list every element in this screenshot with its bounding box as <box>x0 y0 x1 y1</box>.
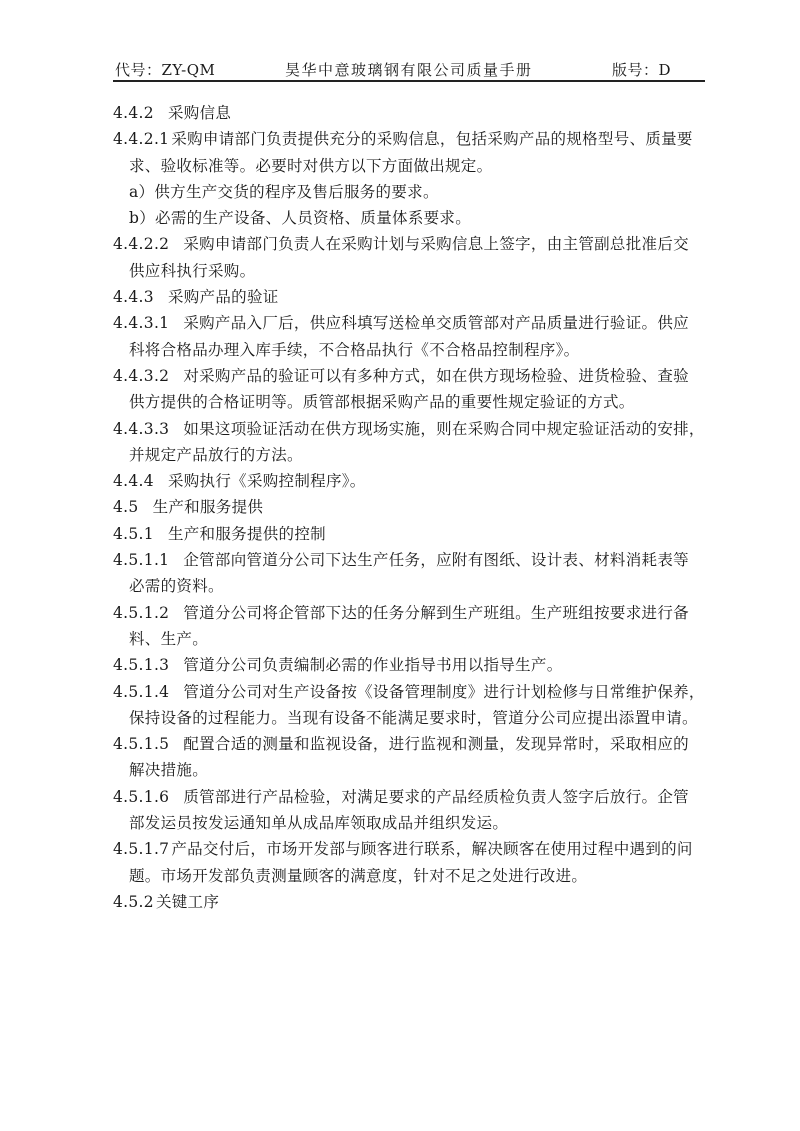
section-text: 如果这项验证活动在供方现场实施，则在采购合同中规定验证活动的安排， <box>183 420 704 438</box>
document-title: 昊华中意玻璃钢有限公司质量手册 <box>285 59 533 80</box>
section-text: 采购产品入厂后，供应科填写送检单交质管部对产品质量进行验证。供应 <box>183 314 689 332</box>
section-text: 供应科执行采购。 <box>129 262 255 280</box>
section-number: 4.5.1.2 <box>113 604 169 622</box>
section-number: 4.4.4 <box>113 472 154 490</box>
section-number: 4.5 <box>113 498 139 516</box>
section-text: 生产和服务提供 <box>153 498 264 516</box>
section-number: 4.5.1 <box>113 525 154 543</box>
section-text: 配置合适的测量和监视设备，进行监视和测量，发现异常时，采取相应的 <box>183 735 689 753</box>
section-line: 4.4.2采购信息 <box>113 100 708 126</box>
section-number: 4.5.1.5 <box>113 735 169 753</box>
section-number: 4.4.3.1 <box>113 314 169 332</box>
section-number: 4.5.1.3 <box>113 656 169 674</box>
section-number: 4.5.1.6 <box>113 788 169 806</box>
section-number: 4.5.2 <box>113 893 154 911</box>
section-text: 生产和服务提供的控制 <box>168 525 326 543</box>
section-text: 企管部向管道分公司下达生产任务，应附有图纸、设计表、材料消耗表等 <box>183 551 689 569</box>
section-text: 部发运员按发运通知单从成品库领取成品并组织发运。 <box>129 814 508 832</box>
continuation-line: 解决措施。 <box>113 757 708 783</box>
section-number: 4.4.3 <box>113 288 154 306</box>
section-text: 供方提供的合格证明等。质管部根据采购产品的重要性规定验证的方式。 <box>129 393 635 411</box>
section-text: 必需的资料。 <box>129 577 224 595</box>
section-text: 管道分公司将企管部下达的任务分解到生产班组。生产班组按要求进行备 <box>183 604 689 622</box>
section-line: 4.4.3采购产品的验证 <box>113 284 708 310</box>
section-line: 4.4.3.1采购产品入厂后，供应科填写送检单交质管部对产品质量进行验证。供应 <box>113 310 708 336</box>
document-code: 代号：ZY-QM <box>115 59 215 80</box>
section-line: 4.5.1.7产品交付后，市场开发部与顾客进行联系，解决顾客在使用过程中遇到的问 <box>113 836 708 862</box>
continuation-line: 供方提供的合格证明等。质管部根据采购产品的重要性规定验证的方式。 <box>113 389 708 415</box>
section-text: 采购产品的验证 <box>168 288 279 306</box>
section-line: 4.5.1生产和服务提供的控制 <box>113 521 708 547</box>
continuation-line: 并规定产品放行的方法。 <box>113 442 708 468</box>
section-number: 4.5.1.7 <box>113 840 169 858</box>
section-line: 4.5.1.6质管部进行产品检验，对满足要求的产品经质检负责人签字后放行。企管 <box>113 784 708 810</box>
section-text: b）必需的生产设备、人员资格、质量体系要求。 <box>129 209 471 227</box>
continuation-line: 料、生产。 <box>113 626 708 652</box>
continuation-line: 科将合格品办理入库手续，不合格品执行《不合格品控制程序》。 <box>113 337 708 363</box>
section-text: 料、生产。 <box>129 630 208 648</box>
continuation-line: b）必需的生产设备、人员资格、质量体系要求。 <box>113 205 708 231</box>
section-text: 采购申请部门负责提供充分的采购信息，包括采购产品的规格型号、质量要 <box>171 130 692 148</box>
continuation-line: 求、验收标准等。必要时对供方以下方面做出规定。 <box>113 153 708 179</box>
continuation-line: 题。市场开发部负责测量顾客的满意度，针对不足之处进行改进。 <box>113 863 708 889</box>
continuation-line: 保持设备的过程能力。当现有设备不能满足要求时，管道分公司应提出添置申请。 <box>113 705 708 731</box>
section-number: 4.4.2.1 <box>113 130 169 148</box>
document-version: 版号：D <box>612 59 671 80</box>
section-text: 题。市场开发部负责测量顾客的满意度，针对不足之处进行改进。 <box>129 867 587 885</box>
continuation-line: a）供方生产交货的程序及售后服务的要求。 <box>113 179 708 205</box>
section-line: 4.5.1.1企管部向管道分公司下达生产任务，应附有图纸、设计表、材料消耗表等 <box>113 547 708 573</box>
continuation-line: 部发运员按发运通知单从成品库领取成品并组织发运。 <box>113 810 708 836</box>
section-line: 4.4.2.1采购申请部门负责提供充分的采购信息，包括采购产品的规格型号、质量要 <box>113 126 708 152</box>
continuation-line: 供应科执行采购。 <box>113 258 708 284</box>
section-line: 4.4.3.3如果这项验证活动在供方现场实施，则在采购合同中规定验证活动的安排， <box>113 416 708 442</box>
section-text: 求、验收标准等。必要时对供方以下方面做出规定。 <box>129 157 492 175</box>
section-text: 管道分公司对生产设备按《设备管理制度》进行计划检修与日常维护保养， <box>183 683 704 701</box>
section-text: 产品交付后，市场开发部与顾客进行联系，解决顾客在使用过程中遇到的问 <box>171 840 692 858</box>
section-text: 关键工序 <box>156 893 219 911</box>
section-number: 4.5.1.1 <box>113 551 169 569</box>
section-line: 4.5生产和服务提供 <box>113 494 708 520</box>
section-text: 解决措施。 <box>129 761 208 779</box>
section-text: 并规定产品放行的方法。 <box>129 446 303 464</box>
section-number: 4.4.3.3 <box>113 420 169 438</box>
section-line: 4.4.4采购执行《采购控制程序》。 <box>113 468 708 494</box>
section-text: 对采购产品的验证可以有多种方式，如在供方现场检验、进货检验、查验 <box>183 367 689 385</box>
section-line: 4.5.1.5配置合适的测量和监视设备，进行监视和测量，发现异常时，采取相应的 <box>113 731 708 757</box>
section-text: a）供方生产交货的程序及售后服务的要求。 <box>129 183 439 201</box>
section-line: 4.5.1.4管道分公司对生产设备按《设备管理制度》进行计划检修与日常维护保养， <box>113 679 708 705</box>
section-line: 4.4.2.2采购申请部门负责人在采购计划与采购信息上签字，由主管副总批准后交 <box>113 231 708 257</box>
section-line: 4.5.1.2管道分公司将企管部下达的任务分解到生产班组。生产班组按要求进行备 <box>113 600 708 626</box>
section-text: 采购执行《采购控制程序》。 <box>168 472 366 490</box>
section-line: 4.5.2关键工序 <box>113 889 708 915</box>
section-text: 质管部进行产品检验，对满足要求的产品经质检负责人签字后放行。企管 <box>183 788 689 806</box>
section-number: 4.5.1.4 <box>113 683 169 701</box>
continuation-line: 必需的资料。 <box>113 573 708 599</box>
section-text: 采购信息 <box>168 104 231 122</box>
section-number: 4.4.3.2 <box>113 367 169 385</box>
section-text: 采购申请部门负责人在采购计划与采购信息上签字，由主管副总批准后交 <box>183 235 689 253</box>
section-line: 4.4.3.2对采购产品的验证可以有多种方式，如在供方现场检验、进货检验、查验 <box>113 363 708 389</box>
page-header: 代号：ZY-QM 昊华中意玻璃钢有限公司质量手册 版号：D <box>113 58 705 82</box>
document-body: 4.4.2采购信息4.4.2.1采购申请部门负责提供充分的采购信息，包括采购产品… <box>113 100 708 915</box>
section-line: 4.5.1.3管道分公司负责编制必需的作业指导书用以指导生产。 <box>113 652 708 678</box>
section-number: 4.4.2.2 <box>113 235 169 253</box>
section-number: 4.4.2 <box>113 104 154 122</box>
section-text: 管道分公司负责编制必需的作业指导书用以指导生产。 <box>183 656 562 674</box>
section-text: 保持设备的过程能力。当现有设备不能满足要求时，管道分公司应提出添置申请。 <box>129 709 698 727</box>
section-text: 科将合格品办理入库手续，不合格品执行《不合格品控制程序》。 <box>129 341 579 359</box>
